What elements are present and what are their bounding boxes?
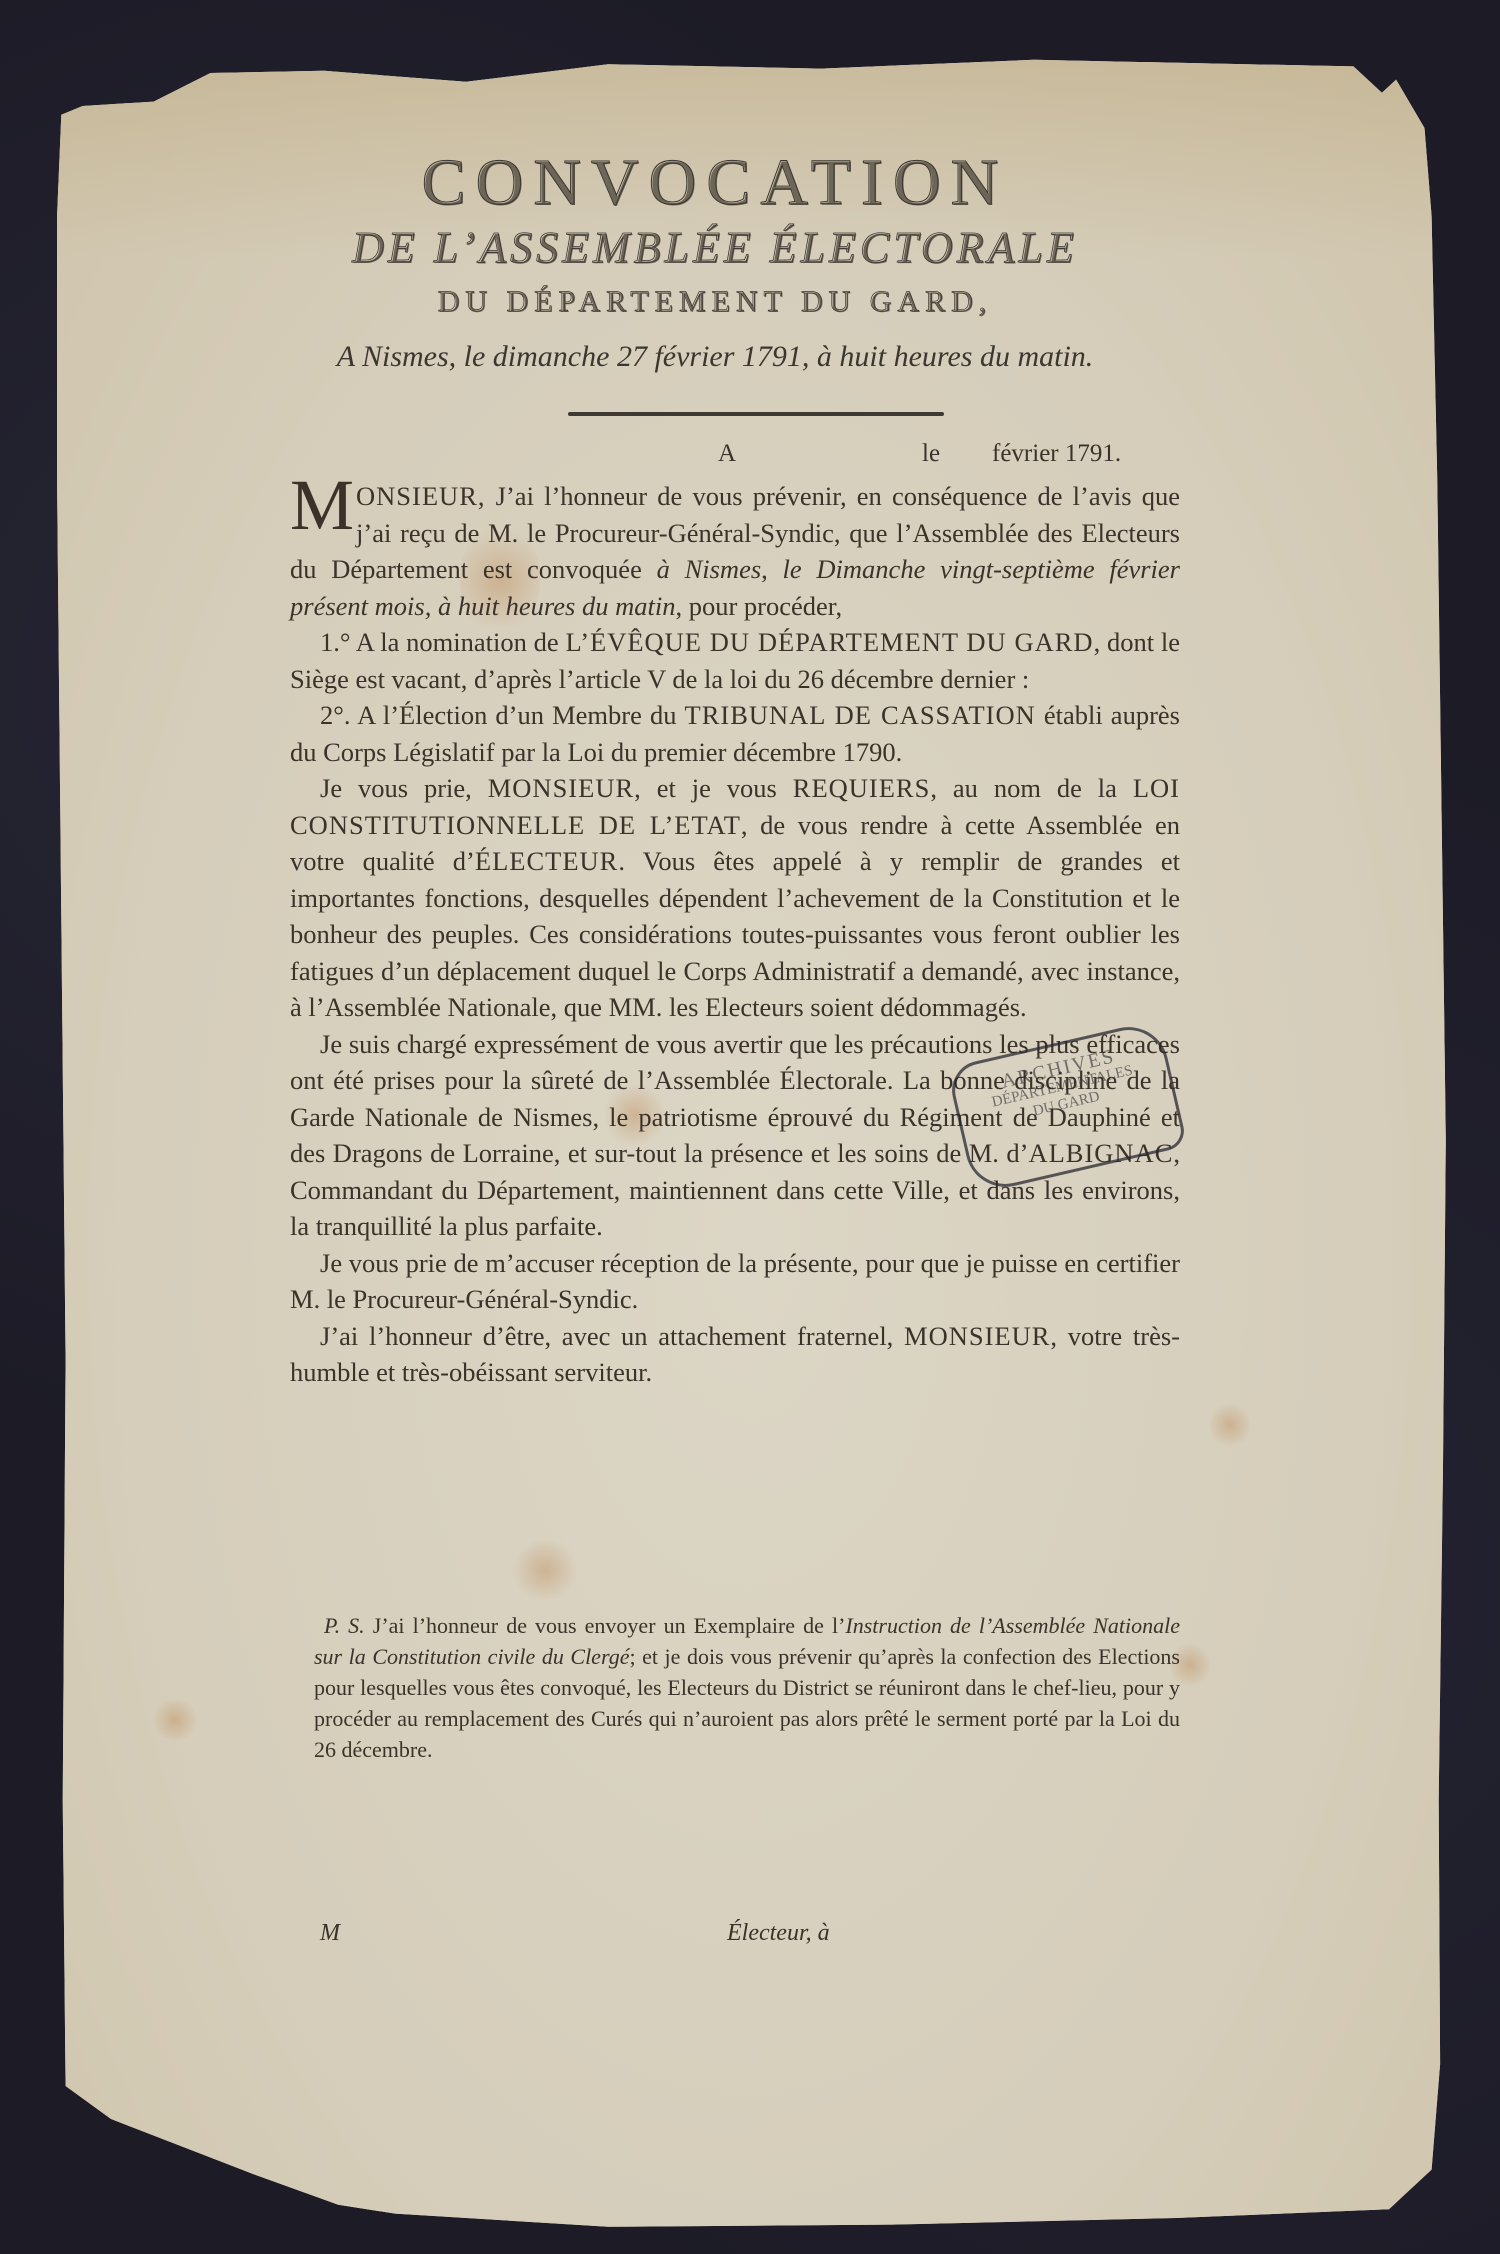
intro-text: , [761,554,782,584]
title-departement: DU DÉPARTEMENT DU GARD, [250,285,1180,319]
intro-text: , pour procéder, [675,591,842,621]
letter-body: MONSIEUR, J’ai l’honneur de vous préveni… [290,478,1180,1391]
salutation: ONSIEUR, [356,481,485,511]
paragraph-smallcaps: MONSIEUR [488,773,634,803]
paragraph-closing: J’ai l’honneur d’être, avec un attacheme… [290,1318,1180,1391]
postscript-paragraph: P. S. J’ai l’honneur de vous envoyer un … [314,1610,1180,1765]
paragraph-intro: MONSIEUR, J’ai l’honneur de vous préveni… [290,478,1180,624]
title-divider [568,412,944,416]
item-smallcaps: L’ÉVÊQUE DU DÉPARTEMENT DU GARD [565,627,1093,657]
paragraph-text: Je vous prie, [320,773,488,803]
elector-field: Électeur, à [727,1920,830,1947]
paragraph-acknowledge: Je vous prie de m’accuser réception de l… [290,1245,1180,1318]
title-date-place: A Nismes, le dimanche 27 février 1791, à… [250,340,1180,374]
paragraph-item-1: 1.° A la nomination de L’ÉVÊQUE DU DÉPAR… [290,624,1180,697]
paper-stain [1210,1400,1250,1450]
dateline-month-year: février 1791. [992,440,1121,468]
item-text: 1.° A la nomination de [320,627,565,657]
paragraph-text: , et je vous [634,773,793,803]
postscript: P. S. J’ai l’honneur de vous envoyer un … [314,1610,1180,1765]
addressee-field: M [320,1920,340,1947]
drop-cap: M [290,480,354,530]
title-assemblee: DE L’ASSEMBLÉE ÉLECTORALE [250,222,1180,273]
item-text: 2°. A l’Élection d’un Membre du [320,700,685,730]
paragraph-smallcaps: REQUIERS [793,773,931,803]
paragraph-text: J’ai l’honneur d’être, avec un attacheme… [320,1321,904,1351]
paragraph-item-2: 2°. A l’Élection d’un Membre du TRIBUNAL… [290,697,1180,770]
paper-stain [150,1700,200,1740]
paragraph-text: , au nom de la [930,773,1133,803]
paragraph-request: Je vous prie, MONSIEUR, et je vous REQUI… [290,770,1180,1026]
dateline-day: le [922,440,940,468]
paragraph-smallcaps: MONSIEUR [904,1321,1050,1351]
postscript-text: J’ai l’honneur de vous envoyer un Exempl… [365,1613,846,1638]
paragraph-smallcaps: ÉLECTEUR [475,846,618,876]
paper-stain [510,1540,580,1600]
postscript-label: P. S. [324,1613,365,1638]
dateline-place: A [718,440,736,468]
item-smallcaps: TRIBUNAL DE CASSATION [685,700,1036,730]
title-convocation: CONVOCATION [250,145,1180,221]
intro-italic-place: à Nismes [657,554,762,584]
